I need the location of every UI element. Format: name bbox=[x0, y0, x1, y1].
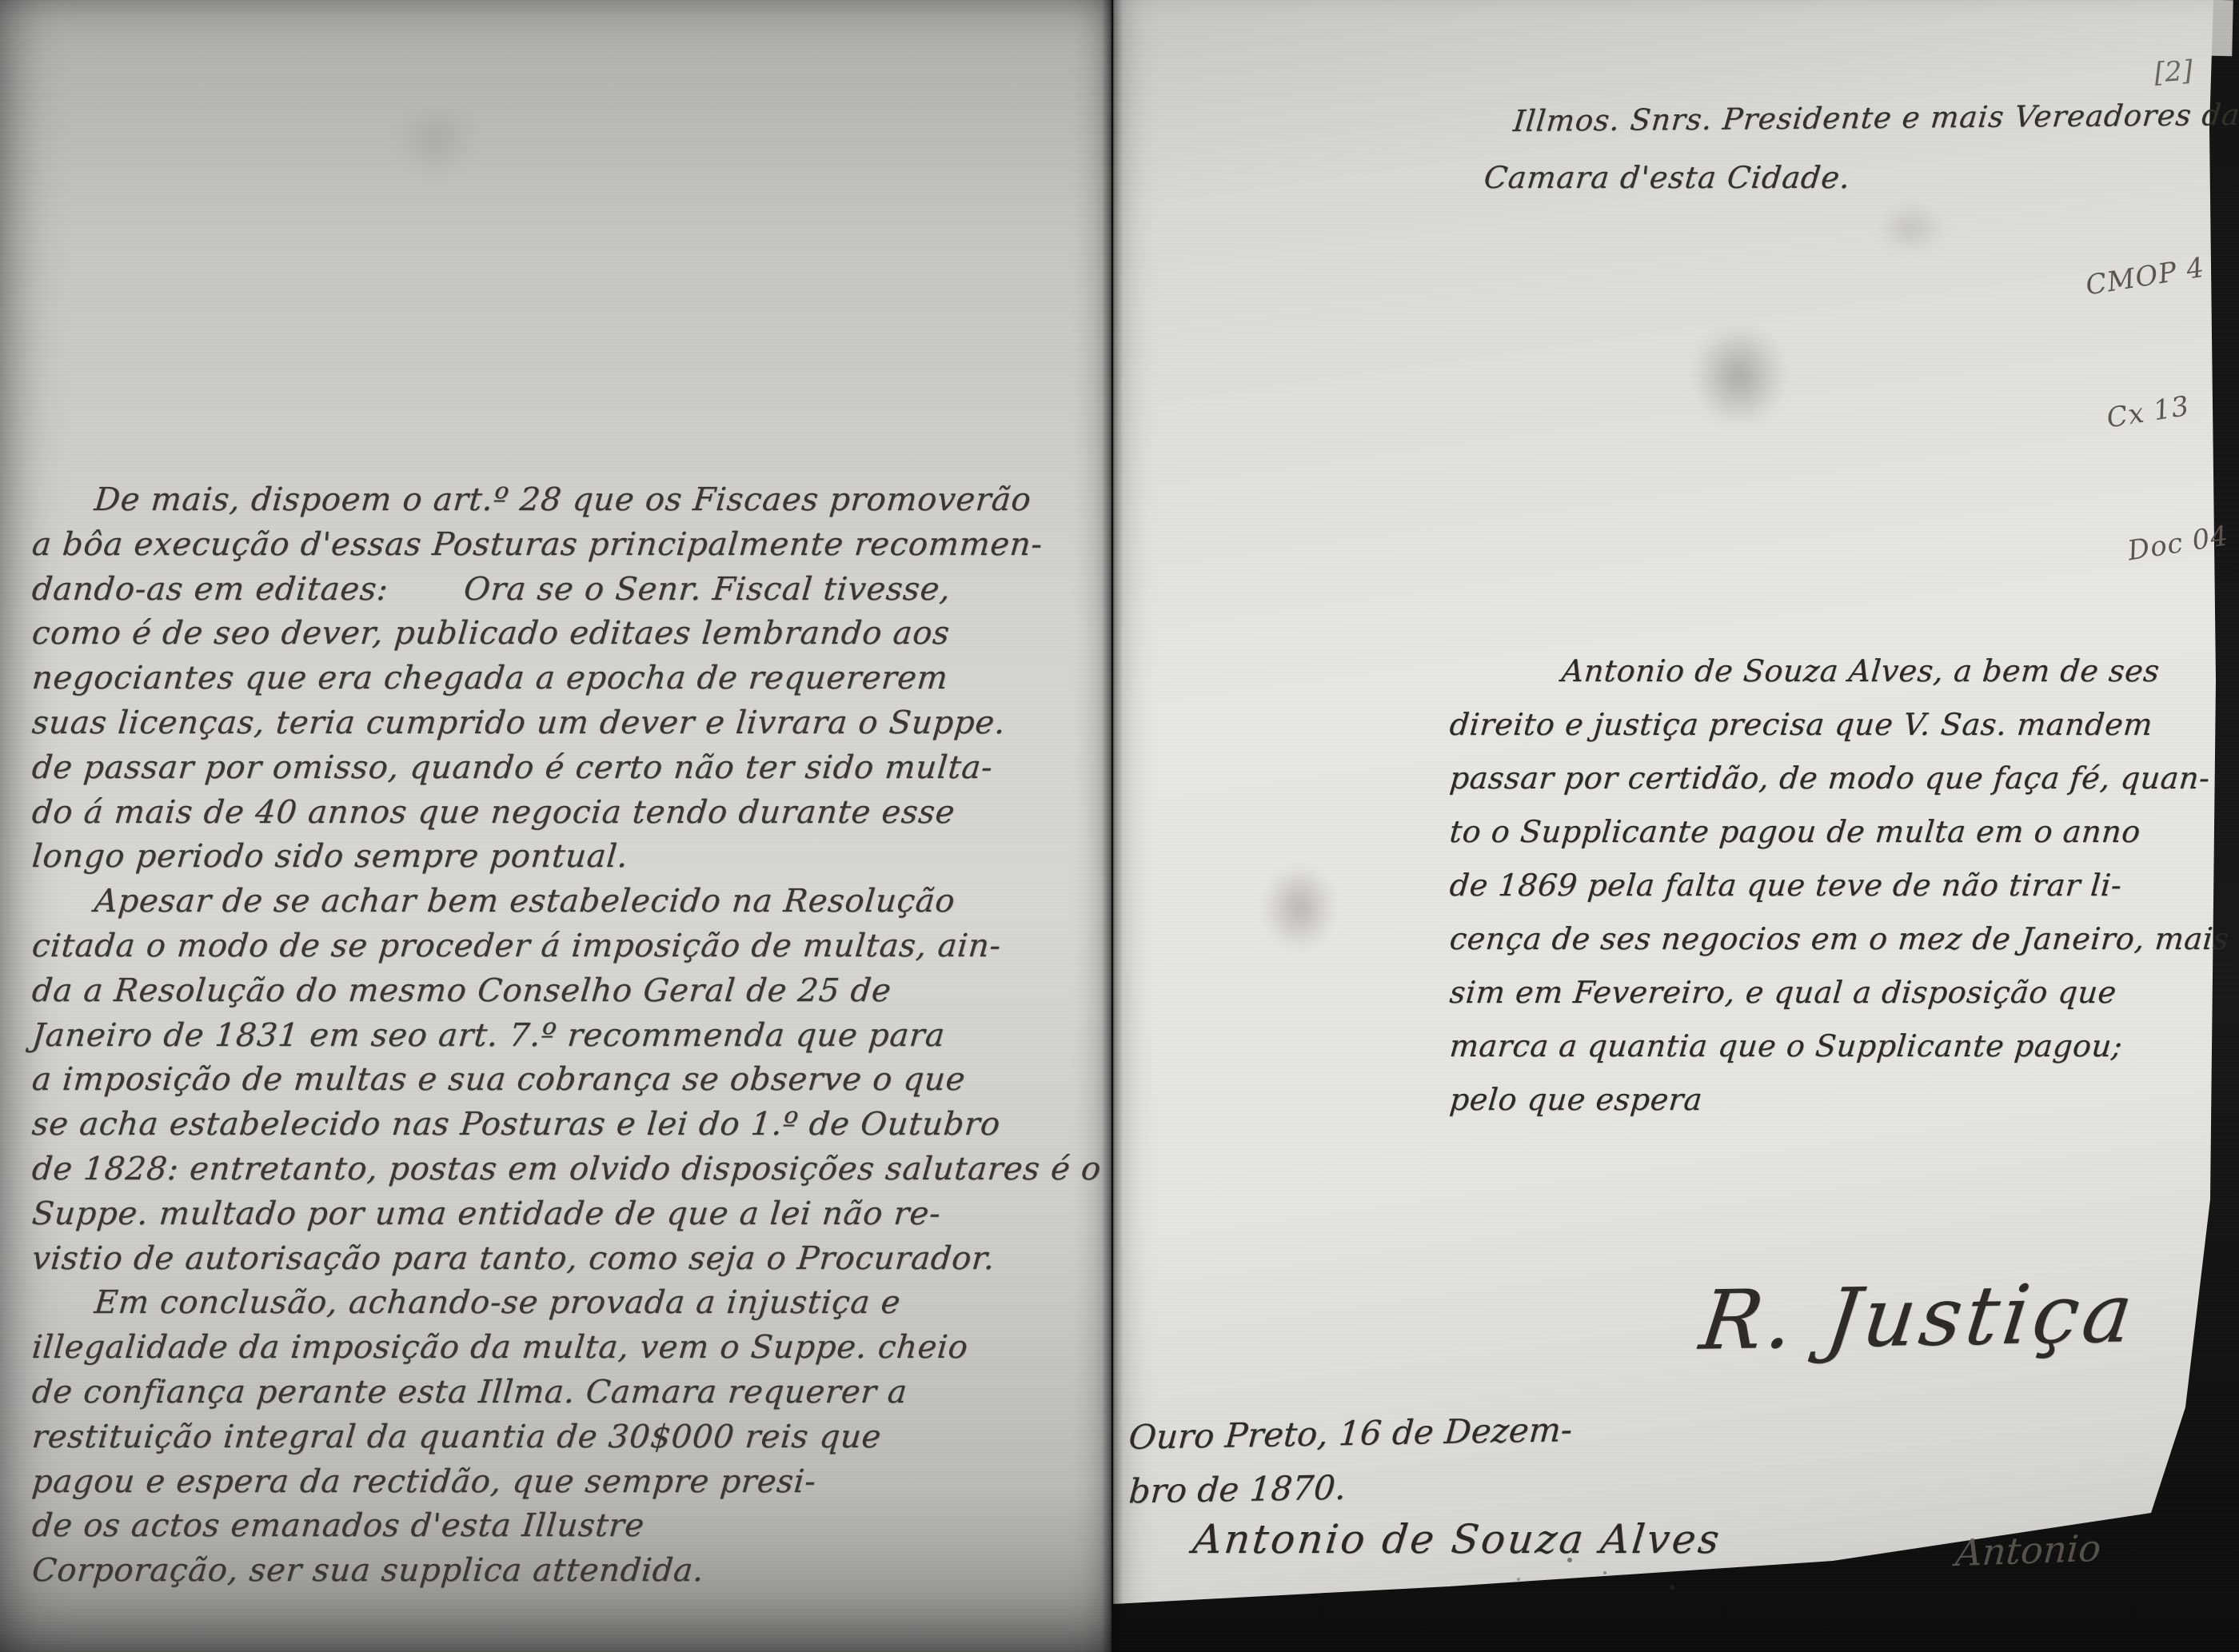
page-fold bbox=[1102, 0, 1123, 1652]
stain bbox=[1863, 192, 1959, 264]
manuscript-line: Suppe. multado por uma entidade de que a… bbox=[30, 1192, 1098, 1237]
right-page-text: Antonio de Souza Alves, a bem de ses dir… bbox=[1450, 644, 2137, 1127]
document-scan: De mais, dispoem o art.º 28 que os Fisca… bbox=[0, 0, 2239, 1652]
manuscript-line: como é de seo dever, publicado editaes l… bbox=[30, 612, 1098, 656]
manuscript-line: de 1869 pela falta que teve de não tirar… bbox=[1447, 859, 2140, 912]
signature: Antonio de Souza Alves bbox=[1191, 1516, 1723, 1562]
manuscript-line: negociantes que era chegada a epocha de … bbox=[30, 656, 1098, 701]
manuscript-line: illegalidade da imposição da multa, vem … bbox=[30, 1326, 1098, 1371]
manuscript-line: de confiança perante esta Illma. Camara … bbox=[30, 1371, 1098, 1415]
pencil-annotation: Antonio bbox=[1954, 1526, 2102, 1574]
manuscript-line: direito e justiça precisa que V. Sas. ma… bbox=[1447, 698, 2140, 752]
manuscript-line: da a Resolução do mesmo Conselho Geral d… bbox=[30, 969, 1098, 1014]
manuscript-line: restituição integral da quantia de 30$00… bbox=[30, 1415, 1098, 1460]
stain bbox=[1247, 848, 1351, 968]
left-page-text: De mais, dispoem o art.º 28 que os Fisca… bbox=[32, 478, 1096, 1594]
manuscript-line: se acha estabelecido nas Posturas e lei … bbox=[30, 1103, 1098, 1147]
manuscript-line: longo periodo sido sempre pontual. bbox=[30, 835, 1098, 880]
manuscript-line: Janeiro de 1831 em seo art. 7.º recommen… bbox=[30, 1014, 1098, 1059]
archive-note-line: CMOP 4 bbox=[2082, 245, 2208, 309]
page-number-mark: [2] bbox=[2153, 54, 2194, 89]
manuscript-line: a bôa execução d'essas Posturas principa… bbox=[30, 523, 1098, 568]
dispatch-note: R. Justiça bbox=[1695, 1266, 2141, 1368]
archive-note-line: Doc 04 bbox=[2125, 511, 2239, 574]
manuscript-line: vistio de autorisação para tanto, como s… bbox=[30, 1237, 1098, 1282]
stain bbox=[376, 88, 496, 192]
salutation-line-1: Illmos. Snrs. Presidente e mais Vereador… bbox=[1512, 98, 2239, 138]
manuscript-line: suas licenças, teria cumprido um dever e… bbox=[30, 701, 1098, 746]
dateline-line-2: bro de 1870. bbox=[1127, 1468, 1347, 1511]
archive-note-line: Cx 13 bbox=[2104, 378, 2229, 441]
manuscript-line: to o Supplicante pagou de multa em o ann… bbox=[1447, 805, 2140, 859]
manuscript-line: Corporação, ser sua supplica attendida. bbox=[30, 1549, 1098, 1594]
stain bbox=[1671, 304, 1807, 448]
salutation-line-2: Camara d'esta Cidade. bbox=[1483, 160, 1853, 195]
manuscript-line: marca a quantia que o Supplicante pagou; bbox=[1447, 1020, 2140, 1073]
manuscript-line: Antonio de Souza Alves, a bem de ses bbox=[1447, 644, 2140, 698]
manuscript-line: do á mais de 40 annos que negocia tendo … bbox=[30, 791, 1098, 836]
manuscript-line: pelo que espera bbox=[1447, 1073, 2140, 1127]
dateline-line-1: Ouro Preto, 16 de Dezem- bbox=[1127, 1410, 1574, 1457]
manuscript-line: cença de ses negocios em o mez de Janeir… bbox=[1447, 912, 2140, 966]
manuscript-line: sim em Fevereiro, e qual a disposição qu… bbox=[1447, 966, 2140, 1020]
manuscript-line: de os actos emanados d'esta Illustre bbox=[30, 1504, 1098, 1549]
manuscript-line: dando-as em editaes: Ora se o Senr. Fisc… bbox=[30, 568, 1098, 613]
manuscript-line: de passar por omisso, quando é certo não… bbox=[30, 746, 1098, 791]
manuscript-line: passar por certidão, de modo que faça fé… bbox=[1447, 752, 2140, 805]
manuscript-line: de 1828: entretanto, postas em olvido di… bbox=[30, 1147, 1098, 1192]
manuscript-line: Em conclusão, achando-se provada a injus… bbox=[30, 1281, 1098, 1326]
manuscript-line: a imposição de multas e sua cobrança se … bbox=[30, 1058, 1098, 1103]
manuscript-line: citada o modo de se proceder á imposição… bbox=[30, 924, 1098, 969]
manuscript-line: Apesar de se achar bem estabelecido na R… bbox=[30, 880, 1098, 924]
manuscript-line: pagou e espera da rectidão, que sempre p… bbox=[30, 1460, 1098, 1505]
manuscript-line: De mais, dispoem o art.º 28 que os Fisca… bbox=[30, 478, 1098, 523]
